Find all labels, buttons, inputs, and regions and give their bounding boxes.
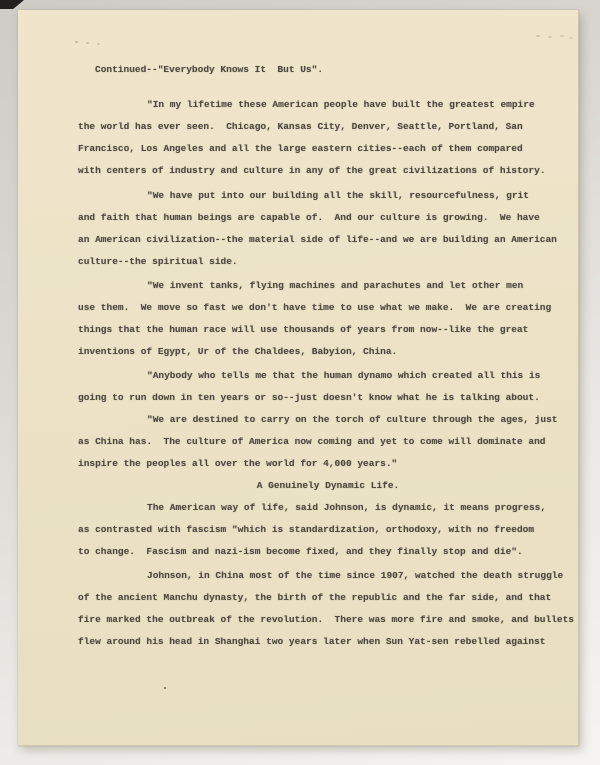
scan-background: { "colors": { "background_top": "#cfccc7…	[0, 0, 600, 765]
text-line: an American civilization--the material s…	[78, 229, 578, 251]
text-line: as contrasted with fascism "which is sta…	[78, 519, 578, 541]
text-line: and faith that human beings are capable …	[78, 207, 578, 229]
text-line: to change. Fascism and nazi-ism become f…	[78, 541, 578, 563]
document-lines: Continued--"Everybody Knows It But Us"."…	[78, 59, 578, 653]
text-line: with centers of industry and culture in …	[78, 160, 578, 182]
text-line: the world has ever seen. Chicago, Kansas…	[78, 116, 578, 138]
text-line: culture--the spiritual side.	[78, 251, 578, 273]
text-line: Francisco, Los Angeles and all the large…	[78, 138, 578, 160]
ink-smudge-left	[75, 41, 78, 43]
paper-page: Continued--"Everybody Knows It But Us"."…	[18, 10, 579, 746]
text-line: inventions of Egypt, Ur of the Chaldees,…	[78, 341, 578, 363]
text-line: use them. We move so fast we don't have …	[78, 297, 578, 319]
text-line: of the ancient Manchu dynasty, the birth…	[78, 587, 578, 609]
stray-ink-dot	[164, 687, 166, 689]
text-line: The American way of life, said Johnson, …	[78, 497, 578, 519]
text-line: as China has. The culture of America now…	[78, 431, 578, 453]
text-line: going to run down in ten years or so--ju…	[78, 387, 578, 409]
text-line: Continued--"Everybody Knows It But Us".	[95, 59, 578, 81]
ink-smudge-right	[536, 35, 540, 37]
text-line: flew around his head in Shanghai two yea…	[78, 631, 578, 653]
text-line: inspire the peoples all over the world f…	[78, 453, 578, 475]
text-line: fire marked the outbreak of the revoluti…	[78, 609, 578, 631]
text-line: "We invent tanks, flying machines and pa…	[78, 275, 578, 297]
text-line: Johnson, in China most of the time since…	[78, 565, 578, 587]
text-line: "We are destined to carry on the torch o…	[78, 409, 578, 431]
text-line: things that the human race will use thou…	[78, 319, 578, 341]
text-line: "We have put into our building all the s…	[78, 185, 578, 207]
scanner-corner-shadow	[0, 0, 24, 9]
text-line: "Anybody who tells me that the human dyn…	[78, 365, 578, 387]
text-line: "In my lifetime these American people ha…	[78, 94, 578, 116]
text-line: A Genuinely Dynamic Life.	[78, 475, 578, 497]
